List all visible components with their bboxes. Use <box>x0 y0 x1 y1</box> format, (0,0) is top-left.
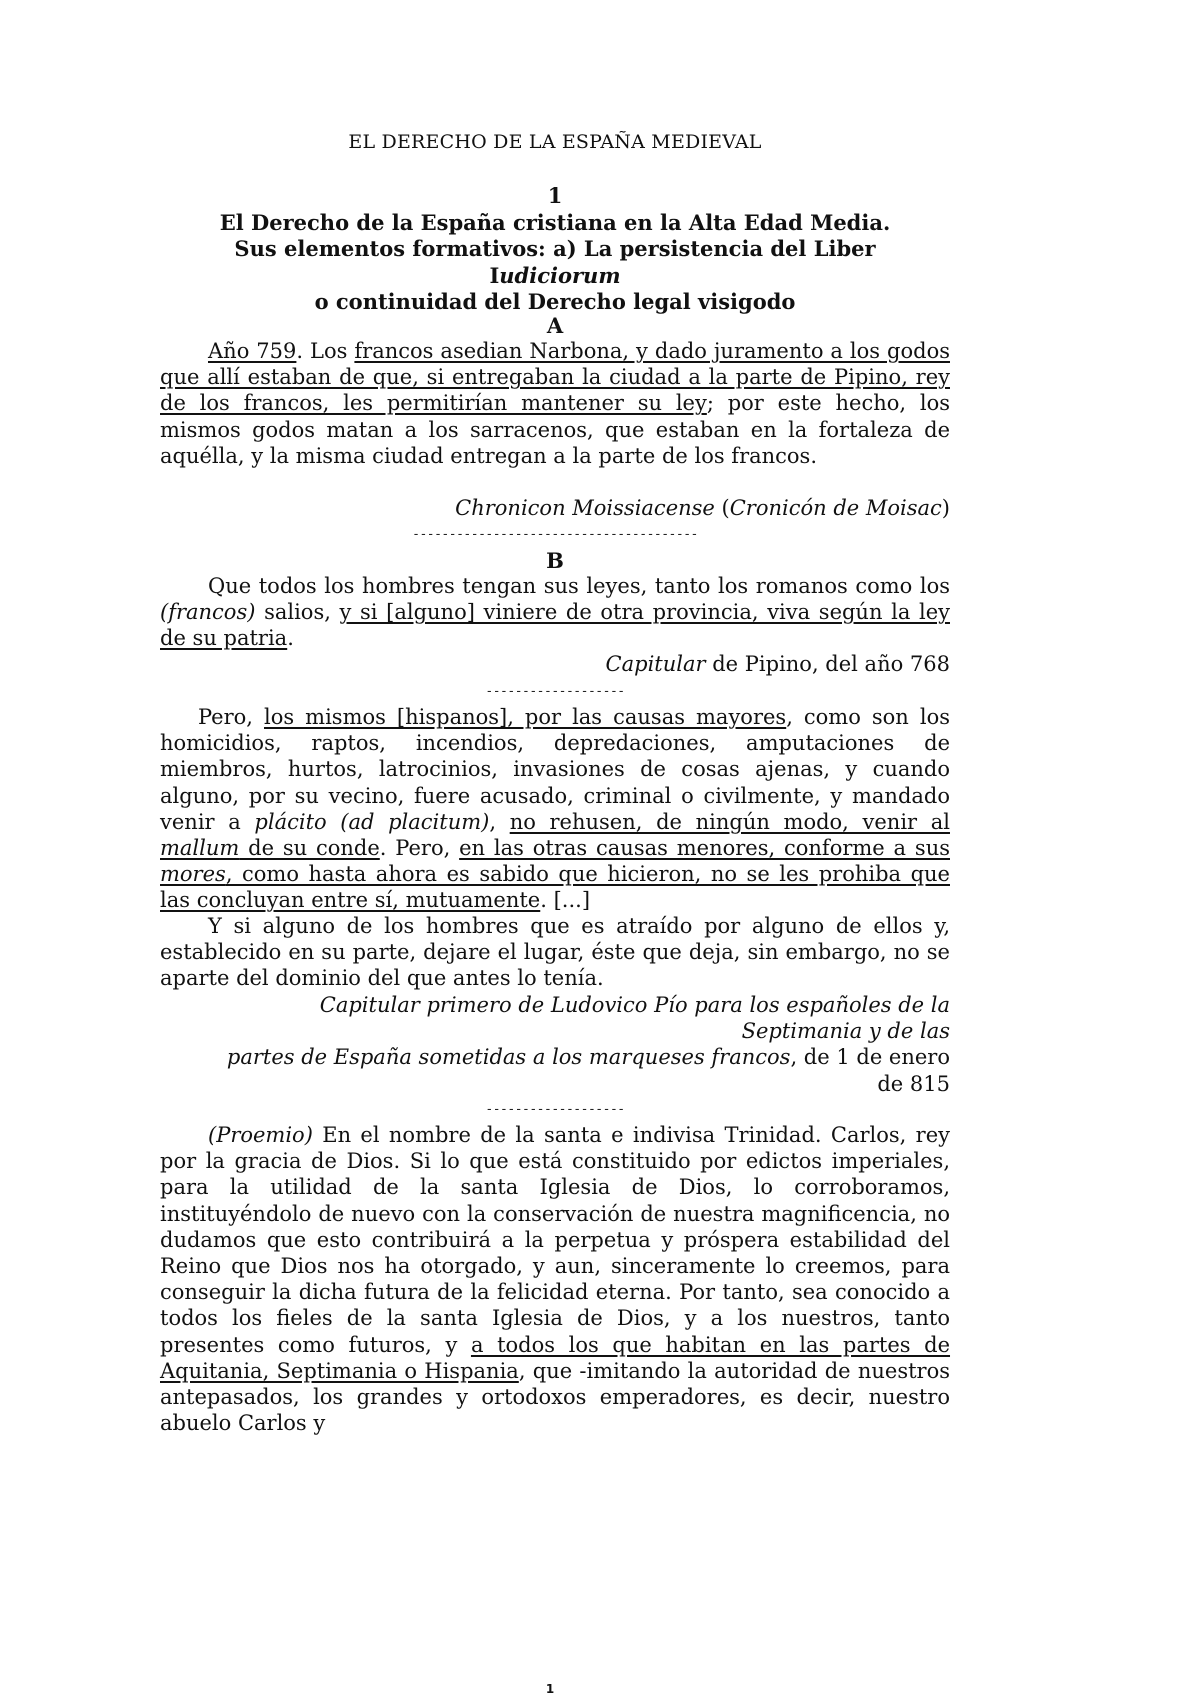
source-line-1: Capitular primero de Ludovico Pío para l… <box>160 992 950 1018</box>
separator-line: --------------------------------------- <box>160 528 950 542</box>
underlined-text: Año 759 <box>208 339 296 363</box>
underlined-text: de su conde <box>239 836 379 860</box>
separator-line: ------------------- <box>160 1103 950 1117</box>
text: , <box>489 810 509 834</box>
chapter-heading-line-3: Iudiciorum <box>160 263 950 290</box>
section-c-paragraph-2: Y si alguno de los hombres que es atraíd… <box>160 913 950 992</box>
text: En el nombre de la santa e indivisa Trin… <box>160 1123 950 1357</box>
italic-text: (Proemio) <box>208 1123 313 1147</box>
underlined-text: los mismos [hispanos], por las causas ma… <box>264 705 786 729</box>
source-line-2: Septimania y de las <box>160 1018 950 1044</box>
section-c-paragraph-1: Pero, los mismos [hispanos], por las cau… <box>160 704 950 914</box>
text: . Pero, <box>380 836 459 860</box>
section-b-source: Capitular de Pipino, del año 768 <box>160 651 950 677</box>
separator-line: ------------------- <box>160 685 950 699</box>
text: salios, <box>255 600 339 624</box>
underlined-text: en las otras causas menores, conforme a … <box>459 836 950 860</box>
chapter-heading-line-1: El Derecho de la España cristiana en la … <box>160 210 950 237</box>
underlined-text: no rehusen, de ningún modo, venir al <box>510 810 950 834</box>
source-line-4: de 815 <box>160 1071 950 1097</box>
source-italic: Chronicon Moissiacense <box>455 496 715 520</box>
italic-text: (francos) <box>160 600 255 624</box>
underlined-italic-text: mallum <box>160 836 239 860</box>
source-text: , de 1 de enero <box>790 1045 950 1069</box>
chapter-heading-line-2: Sus elementos formativos: a) La persiste… <box>160 236 950 263</box>
source-text: ) <box>942 496 950 520</box>
chapter-heading: 1 El Derecho de la España cristiana en l… <box>160 183 950 316</box>
section-c-source: Capitular primero de Ludovico Pío para l… <box>160 992 950 1097</box>
source-italic: Cronicón de Moisac <box>730 496 942 520</box>
chapter-heading-line-4: o continuidad del Derecho legal visigodo <box>160 289 950 316</box>
text: . <box>287 626 294 650</box>
section-b-paragraph: Que todos los hombres tengan sus leyes, … <box>160 573 950 652</box>
document-title: EL DERECHO DE LA ESPAÑA MEDIEVAL <box>160 131 950 153</box>
section-letter-b: B <box>160 548 950 573</box>
heading-text: I <box>489 263 499 288</box>
section-letter-a: A <box>160 313 950 338</box>
source-text: ( <box>715 496 730 520</box>
source-italic: Capitular <box>606 652 706 676</box>
source-text: de Pipino, del año 768 <box>706 652 950 676</box>
source-italic: partes de España sometidas a los marques… <box>227 1045 791 1069</box>
heading-italic-text: udiciorum <box>499 263 620 288</box>
text: Y si alguno de los hombres que es atraíd… <box>160 914 950 990</box>
section-a-source: Chronicon Moissiacense (Cronicón de Mois… <box>160 495 950 521</box>
page-number: 1 <box>0 1682 1100 1696</box>
text: Que todos los hombres tengan sus leyes, … <box>208 574 950 598</box>
italic-text: plácito (ad placitum) <box>254 810 489 834</box>
text: . [...] <box>540 888 590 912</box>
chapter-number: 1 <box>160 183 950 210</box>
text: Pero, <box>198 705 264 729</box>
section-d-paragraph: (Proemio) En el nombre de la santa e ind… <box>160 1122 950 1436</box>
text: . Los <box>296 339 354 363</box>
section-a-paragraph: Año 759. Los francos asedian Narbona, y … <box>160 338 950 469</box>
underlined-italic-text: mores <box>160 862 226 886</box>
source-line-3: partes de España sometidas a los marques… <box>160 1044 950 1070</box>
